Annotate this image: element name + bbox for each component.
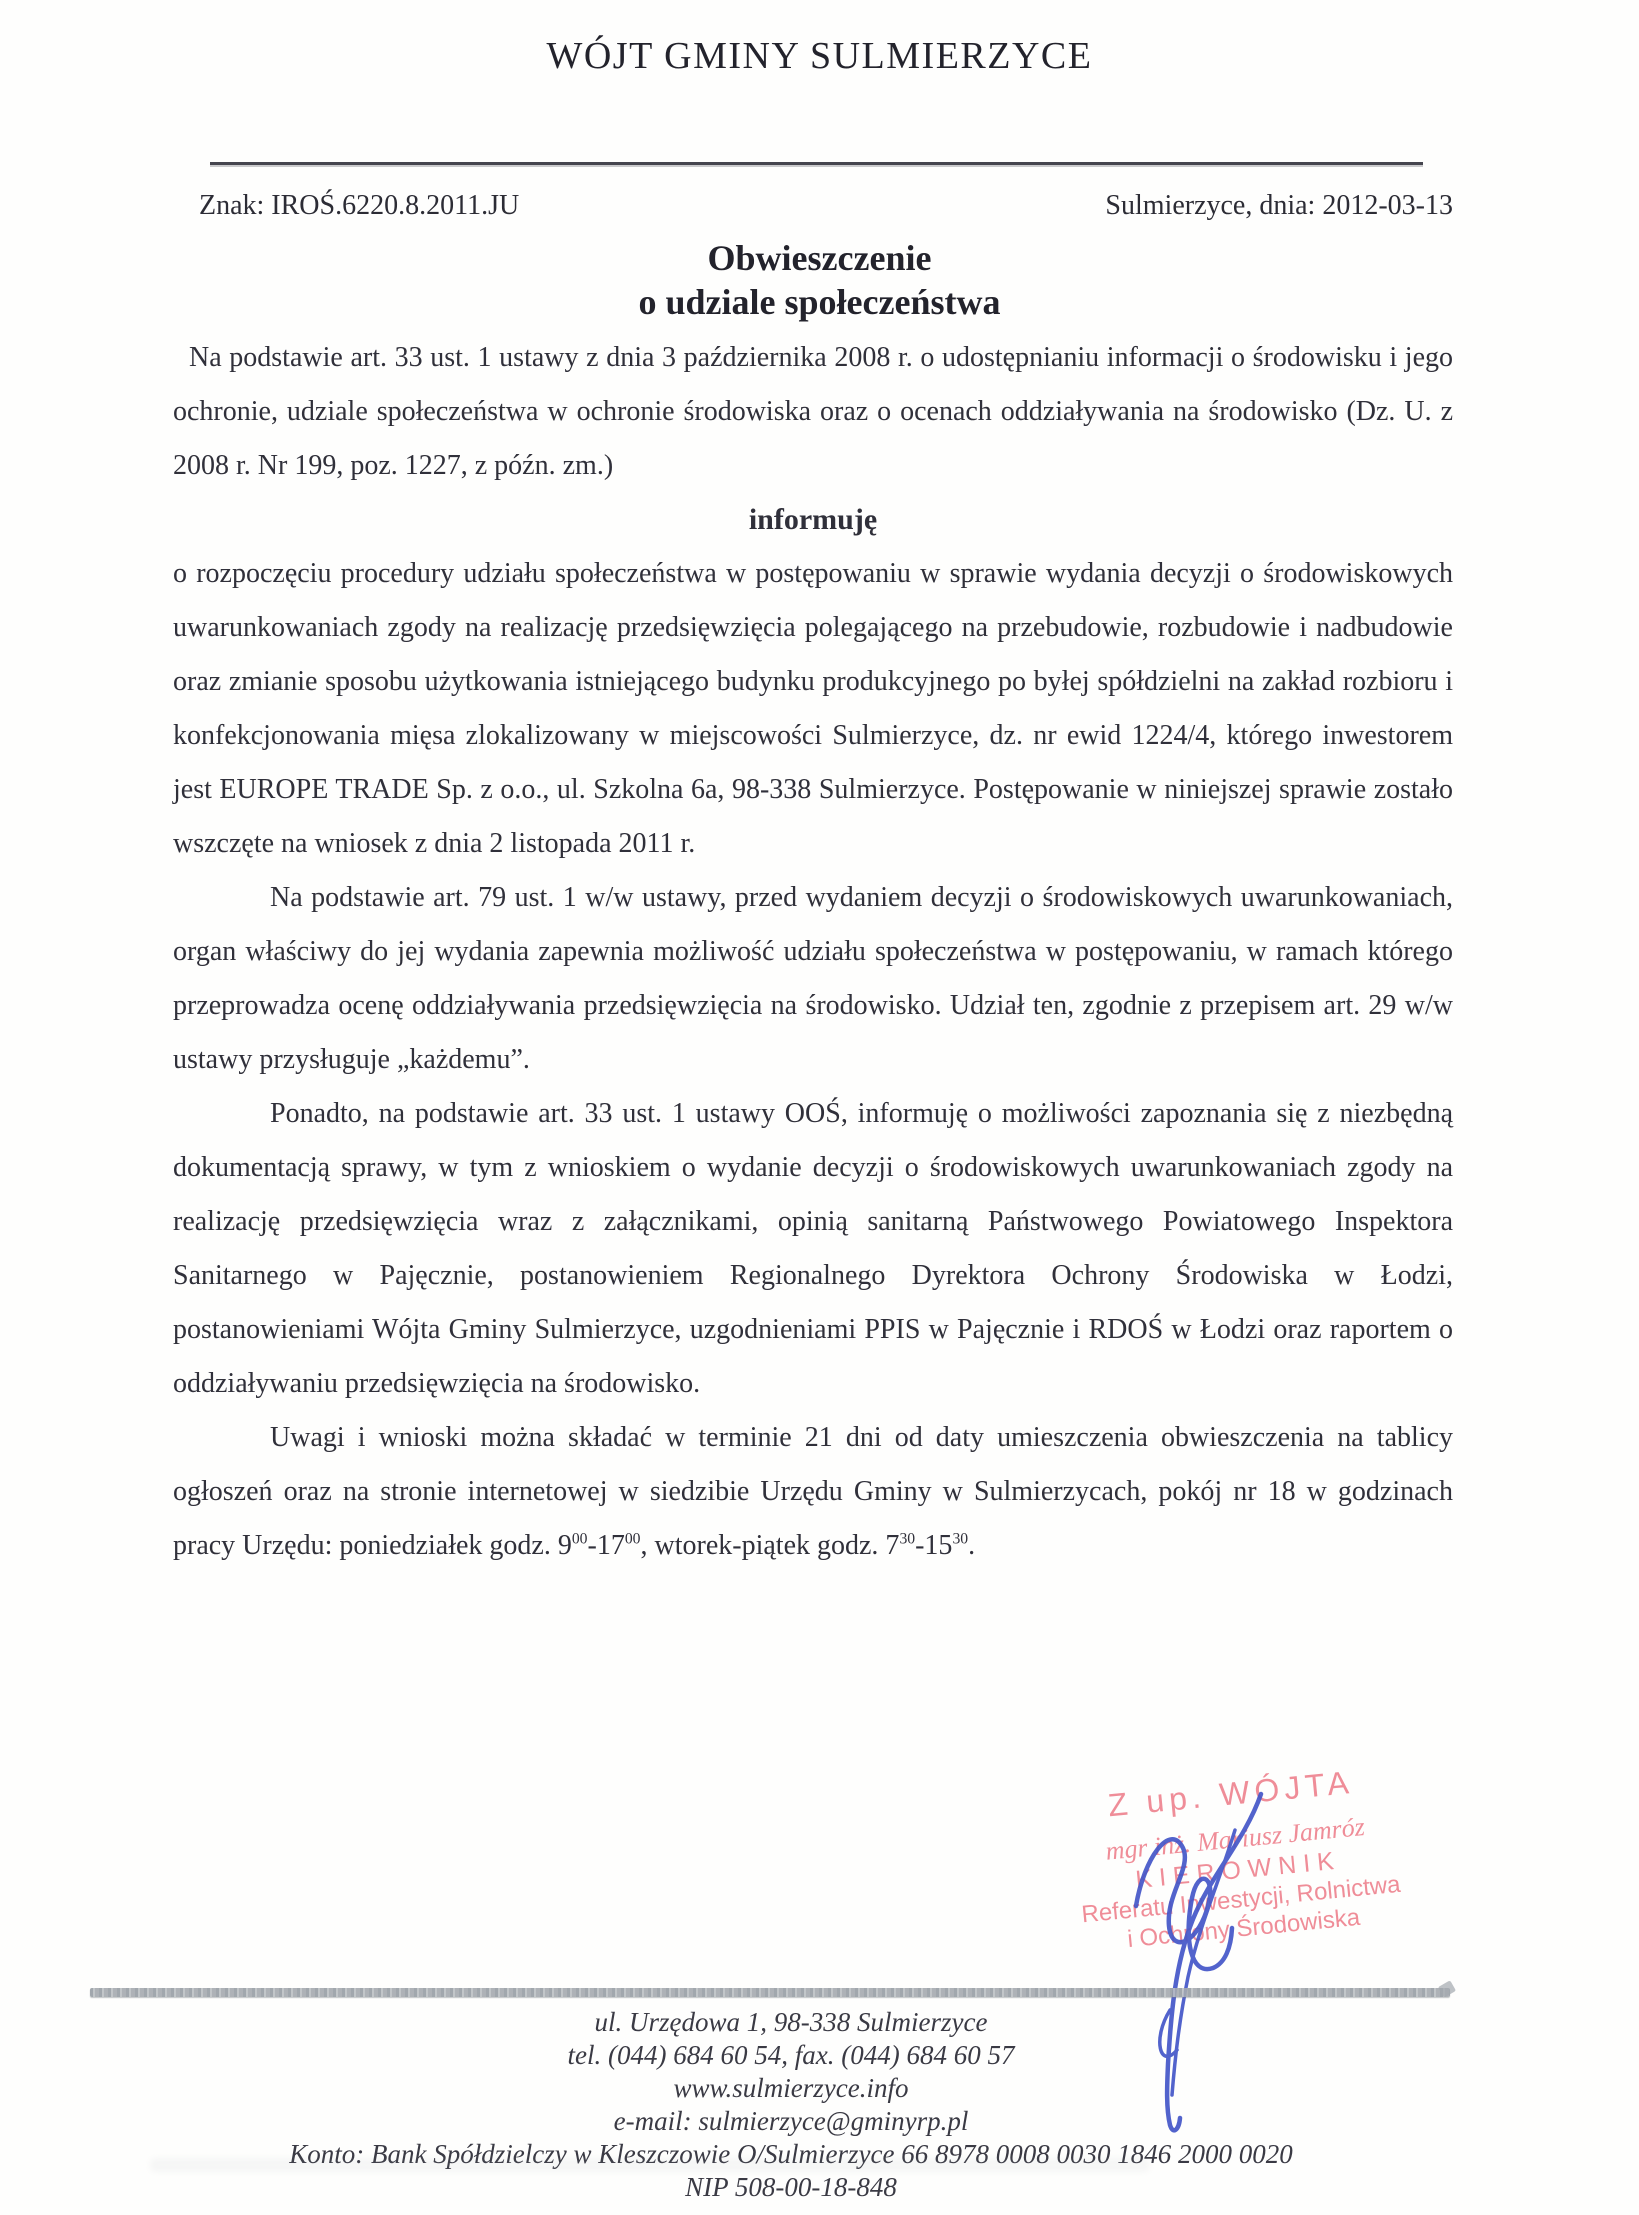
case-reference-number: Znak: IROŚ.6220.8.2011.JU xyxy=(199,190,519,222)
footer-phone-fax: tel. (044) 684 60 54, fax. (044) 684 60 … xyxy=(96,2039,1486,2072)
document-title: Obwieszczenie o udziale społeczeństwa xyxy=(0,236,1639,324)
paragraph-procedure-start: o rozpoczęciu procedury udziału społecze… xyxy=(173,547,1453,871)
paragraph-ponadto: Ponadto, na podstawie art. 33 ust. 1 ust… xyxy=(173,1087,1453,1411)
paragraph-art79: Na podstawie art. 79 ust. 1 w/w ustawy, … xyxy=(173,871,1453,1087)
footer-email: e-mail: sulmierzyce@gminyrp.pl xyxy=(96,2105,1486,2138)
place-and-date: Sulmierzyce, dnia: 2012-03-13 xyxy=(1105,190,1453,222)
scanned-document-page: WÓJT GMINY SULMIERZYCE Znak: IROŚ.6220.8… xyxy=(0,0,1639,2215)
letterhead-footer: ul. Urzędowa 1, 98-338 Sulmierzyce tel. … xyxy=(96,2006,1486,2204)
scan-noise-smudge xyxy=(150,2158,1150,2172)
footer-nip: NIP 508-00-18-848 xyxy=(96,2171,1486,2204)
footer-separator-band xyxy=(90,1988,1450,1997)
comment-period-text: -17 xyxy=(588,1530,625,1561)
document-body: Na podstawie art. 33 ust. 1 ustawy z dni… xyxy=(173,331,1453,1573)
document-title-line1: Obwieszczenie xyxy=(0,236,1639,280)
hours-superscript: 30 xyxy=(899,1531,915,1548)
letterhead-authority-title: WÓJT GMINY SULMIERZYCE xyxy=(0,34,1639,78)
comment-period-text: . xyxy=(968,1530,975,1561)
hours-superscript: 00 xyxy=(625,1531,641,1548)
footer-website: www.sulmierzyce.info xyxy=(96,2072,1486,2105)
footer-address: ul. Urzędowa 1, 98-338 Sulmierzyce xyxy=(96,2006,1486,2039)
letterhead-divider-rule xyxy=(210,162,1423,165)
hours-superscript: 30 xyxy=(952,1531,968,1548)
hours-superscript: 00 xyxy=(572,1531,588,1548)
comment-period-text: -15 xyxy=(915,1530,952,1561)
inform-heading: informuję xyxy=(173,493,1453,547)
document-title-line2: o udziale społeczeństwa xyxy=(0,280,1639,324)
comment-period-text: , wtorek-piątek godz. 7 xyxy=(641,1530,900,1561)
paragraph-legal-basis: Na podstawie art. 33 ust. 1 ustawy z dni… xyxy=(173,331,1453,493)
paragraph-comment-period: Uwagi i wnioski można składać w terminie… xyxy=(173,1411,1453,1573)
